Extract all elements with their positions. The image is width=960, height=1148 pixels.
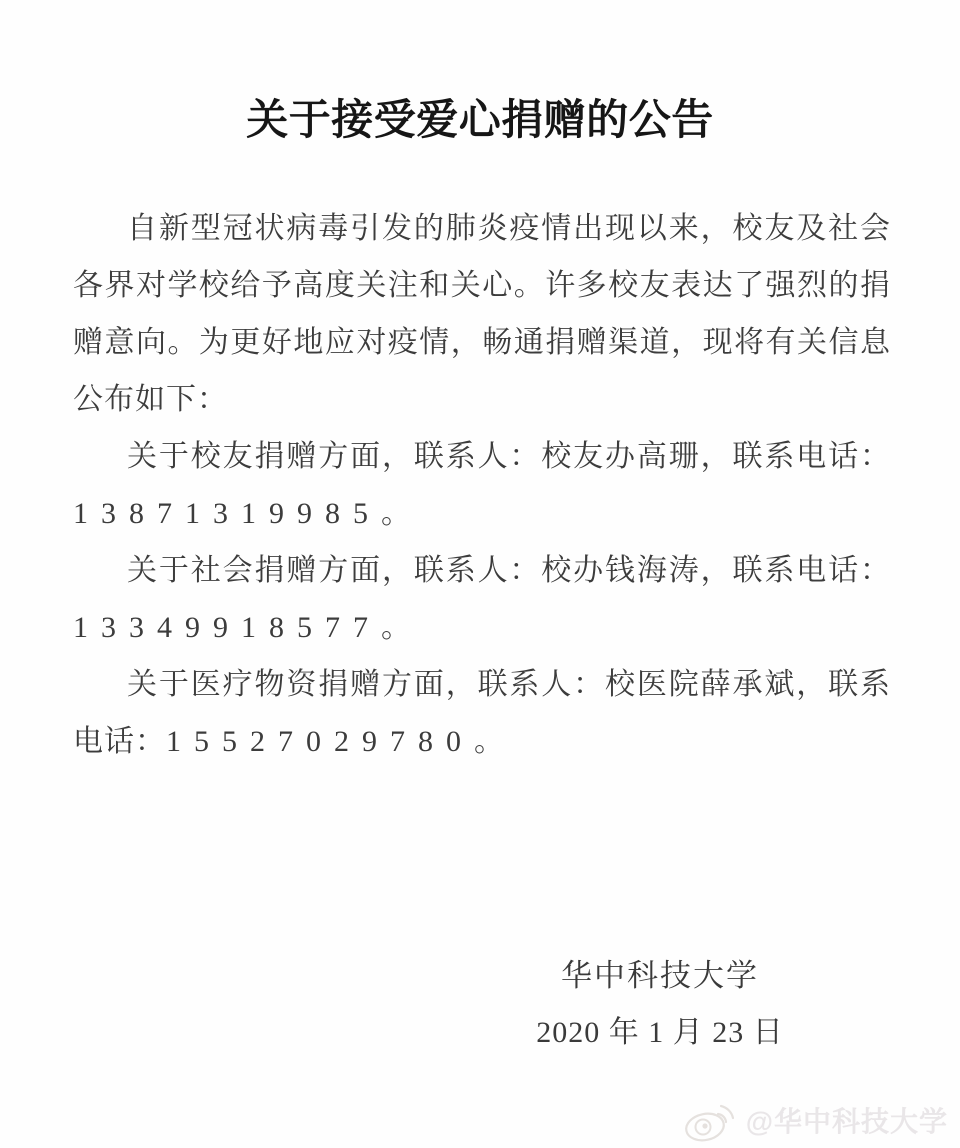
signer-name: 华中科技大学 (460, 947, 860, 1004)
paragraph4-line1: 关于医疗物资捐赠方面，联系人：校医院薛承斌，联系 (73, 656, 891, 713)
paragraph1-line1: 自新型冠状病毒引发的肺炎疫情出现以来，校友及社会 (73, 200, 891, 257)
paragraph4-line2: 电话：15527029780。 (73, 713, 891, 770)
medical-contact-phone: 15527029780。 (166, 725, 517, 758)
weibo-handle: @华中科技大学 (746, 1100, 948, 1140)
announcement-document: 关于接受爱心捐赠的公告 自新型冠状病毒引发的肺炎疫情出现以来，校友及社会 各界对… (0, 0, 960, 1148)
weibo-icon (682, 1097, 738, 1143)
document-date: 2020 年 1 月 23 日 (460, 1004, 860, 1062)
paragraph1-line3: 赠意向。为更好地应对疫情，畅通捐赠渠道，现将有关信息 (73, 314, 891, 371)
weibo-watermark: @华中科技大学 (682, 1097, 948, 1143)
document-body: 自新型冠状病毒引发的肺炎疫情出现以来，校友及社会 各界对学校给予高度关注和关心。… (73, 200, 891, 770)
alumni-contact-phone: 13871319985。 (73, 485, 891, 542)
paragraph1-line2: 各界对学校给予高度关注和关心。许多校友表达了强烈的捐 (73, 257, 891, 314)
document-title: 关于接受爱心捐赠的公告 (0, 0, 960, 149)
society-contact-phone: 13349918577。 (73, 599, 891, 656)
phone-label: 电话： (73, 725, 166, 758)
paragraph3-line1: 关于社会捐赠方面，联系人：校办钱海涛，联系电话： (73, 542, 891, 599)
signature-block: 华中科技大学 2020 年 1 月 23 日 (460, 947, 860, 1062)
paragraph2-line1: 关于校友捐赠方面，联系人：校友办高珊，联系电话： (73, 428, 891, 485)
paragraph1-line4: 公布如下： (73, 371, 891, 428)
